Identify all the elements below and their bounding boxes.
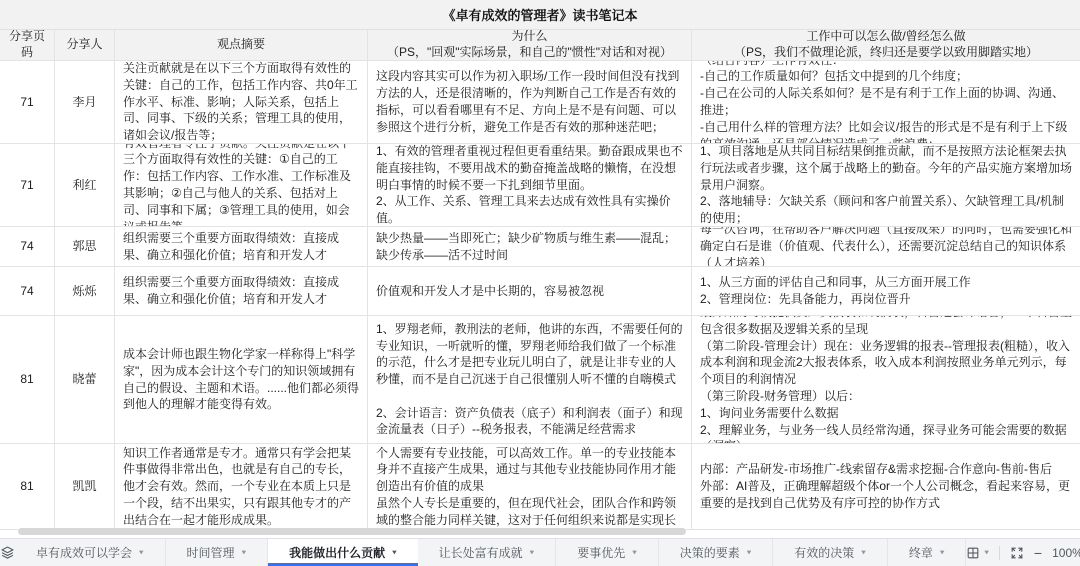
chevron-down-icon: ▾ (984, 548, 989, 557)
sheet-tab-label: 我能做出什么贡献 (289, 544, 385, 561)
sheet-tab-what-can-i-contribute[interactable]: 我能做出什么贡献 ▾ (268, 539, 418, 566)
fullscreen-icon (1010, 546, 1024, 560)
chevron-down-icon[interactable]: ▾ (861, 548, 866, 557)
cell-person[interactable]: 烁烁 (55, 267, 115, 316)
chevron-down-icon[interactable]: ▾ (139, 548, 144, 557)
cell-why[interactable]: 1、罗翔老师，教刑法的老师，他讲的东西，不需要任何的专业知识，一听就听的懂，罗翔… (368, 316, 692, 444)
column-header-summary[interactable]: 观点摘要 (115, 30, 368, 61)
chevron-down-icon[interactable]: ▾ (530, 548, 535, 557)
sheet-tab-effective-decisions[interactable]: 有效的决策 ▾ (773, 539, 888, 566)
sheet-tab-label: 要事优先 (577, 544, 625, 561)
tab-bar-controls: ▾ − 100% (966, 539, 1080, 566)
column-header-page[interactable]: 分享页码 (0, 30, 55, 61)
sheet-tab-make-strengths-productive[interactable]: 让长处富有成就 ▾ (418, 539, 557, 566)
cell-how[interactable]: 内部：产品研发-市场推广-线索留存&需求挖掘-合作意向-售前-售后 外部：AI普… (692, 444, 1080, 530)
cell-person[interactable]: 李月 (55, 61, 115, 144)
cell-summary[interactable]: 关注贡献就是在以下三个方面取得有效性的关键：自己的工作，包括工作内容、共0年工作… (115, 61, 368, 144)
zoom-out-button[interactable]: − (1034, 545, 1042, 561)
column-header-how[interactable]: 工作中可以怎么做/曾经怎么做 （PS，我们不做理论派，终归还是要学以致用脚踏实地… (692, 30, 1080, 61)
cell-summary[interactable]: 成本会计师也跟生物化学家一样称得上"科学家"，因为成本会计这个专门的知识领域拥有… (115, 316, 368, 444)
cell-how[interactable]: 每一次咨询，在帮助客户解决问题（直接成果）的同时，也需要强化和确定白石是谁（价值… (692, 227, 1080, 267)
cell-page[interactable]: 74 (0, 267, 55, 316)
grid-view-icon (966, 546, 980, 560)
sheet-tab-label: 有效的决策 (794, 544, 854, 561)
sheet-tab-label: 卓有成效可以学会 (36, 544, 132, 561)
spreadsheet-app: 《卓有成效的管理者》读书笔记本 分享页码 分享人 观点摘要 为什么 （PS，"回… (0, 0, 1080, 566)
cell-person[interactable]: 郭思 (55, 227, 115, 267)
cell-person[interactable]: 晓蕾 (55, 316, 115, 444)
chevron-down-icon[interactable]: ▾ (392, 548, 397, 557)
cell-how[interactable]: 1、从三方面的评估自己和同事，从三方面开展工作 2、管理岗位：先具备能力，再岗位… (692, 267, 1080, 316)
chevron-down-icon[interactable]: ▾ (940, 548, 945, 557)
cell-why[interactable]: 缺少热量——当即死亡；缺少矿物质与维生素——混乱；缺少传承——活不过时间 (368, 227, 692, 267)
sheet-tab-elements-of-decision[interactable]: 决策的要素 ▾ (659, 539, 774, 566)
grid-view-button[interactable]: ▾ (966, 546, 989, 560)
cell-summary[interactable]: 组织需要三个重要方面取得绩效：直接成果、确立和强化价值；培育和开发人才 (115, 227, 368, 267)
cell-summary[interactable]: 组织需要三个重要方面取得绩效：直接成果、确立和强化价值；培育和开发人才 (115, 267, 368, 316)
cell-how[interactable]: （结合内容）工作有效性： -自己的工作质量如何？包括文中提到的几个纬度； -自己… (692, 61, 1080, 144)
document-title-bar: 《卓有成效的管理者》读书笔记本 (0, 0, 1080, 30)
sheet-tab-first-things-first[interactable]: 要事优先 ▾ (556, 539, 659, 566)
chevron-down-icon[interactable]: ▾ (242, 548, 247, 557)
sheet-tab-time-management[interactable]: 时间管理 ▾ (166, 539, 269, 566)
fullscreen-button[interactable] (1010, 546, 1024, 560)
sheet-list-icon[interactable] (0, 539, 15, 566)
column-header-why[interactable]: 为什么 （PS，"回观"实际场景，和自己的"惯性"对话和对视） (368, 30, 692, 61)
zoom-level[interactable]: 100% (1052, 546, 1080, 560)
cell-page[interactable]: 71 (0, 61, 55, 144)
cell-summary[interactable]: 有效管理者专注于贡献。关注贡献是在以下三个方面取得有效性的关键：①自己的工作：包… (115, 144, 368, 227)
cell-page[interactable]: 81 (0, 444, 55, 530)
cell-how[interactable]: （第一阶段-会计）曾经怎么做： 最开始的时候提供资产负债表和利润表，科目是会计语… (692, 316, 1080, 444)
cell-why[interactable]: 价值观和开发人才是中长期的，容易被忽视 (368, 267, 692, 316)
document-title: 《卓有成效的管理者》读书笔记本 (442, 5, 637, 24)
sheet-tab-label: 决策的要素 (680, 544, 740, 561)
sheet-tab-bar: 卓有成效可以学会 ▾ 时间管理 ▾ 我能做出什么贡献 ▾ 让长处富有成就 ▾ 要… (0, 538, 1080, 566)
cell-summary[interactable]: 知识工作者通常是专才。通常只有学会把某件事做得非常出色，也就是有自己的专长，他才… (115, 444, 368, 530)
sheet-tab-effectiveness-can-be-learned[interactable]: 卓有成效可以学会 ▾ (15, 539, 166, 566)
notes-table: 分享页码 分享人 观点摘要 为什么 （PS，"回观"实际场景，和自己的"惯性"对… (0, 30, 1080, 530)
cell-page[interactable]: 71 (0, 144, 55, 227)
divider (999, 546, 1000, 560)
sheet-tab-label: 时间管理 (187, 544, 235, 561)
cell-why[interactable]: 知识工作者的专业性以及团队合作的重要性 个人需要有专业技能，可以高效工作。单一的… (368, 444, 692, 530)
cell-why[interactable]: 1、有效的管理者重视过程但更看重结果。勤奋跟成果也不能直接挂钩，不要用战术的勤奋… (368, 144, 692, 227)
sheet-tab-final-chapter[interactable]: 终章 ▾ (888, 539, 967, 566)
chevron-down-icon[interactable]: ▾ (747, 548, 752, 557)
cell-why[interactable]: 这段内容其实可以作为初入职场/工作一段时间但没有找到方法的人，还是很清晰的，作为… (368, 61, 692, 144)
cell-page[interactable]: 81 (0, 316, 55, 444)
cell-person[interactable]: 利红 (55, 144, 115, 227)
chevron-down-icon[interactable]: ▾ (632, 548, 637, 557)
cell-page[interactable]: 74 (0, 227, 55, 267)
sheet-tab-label: 终章 (909, 544, 933, 561)
column-header-person[interactable]: 分享人 (55, 30, 115, 61)
cell-how[interactable]: 1、项目落地是从共同目标结果倒推贡献，而不是按照方法论框架去执行玩法或者步骤，这… (692, 144, 1080, 227)
horizontal-scrollbar[interactable] (18, 528, 686, 535)
cell-person[interactable]: 凯凯 (55, 444, 115, 530)
sheet-tab-label: 让长处富有成就 (439, 544, 523, 561)
